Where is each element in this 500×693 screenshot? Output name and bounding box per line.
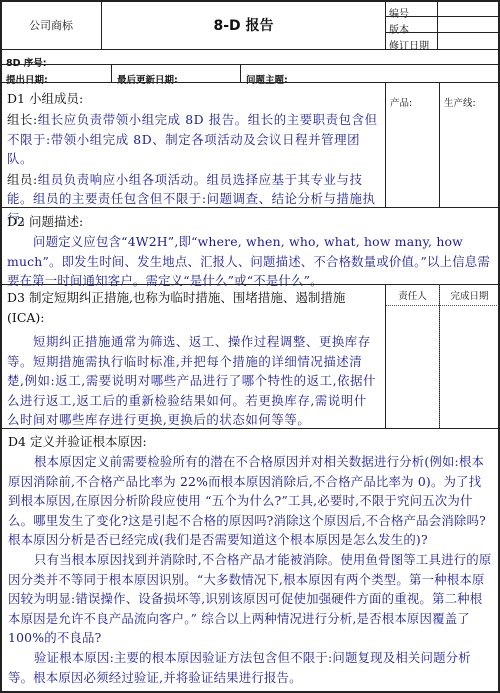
d1-product-cell[interactable]: 产品: (385, 82, 440, 208)
d2-text: 问题定义应包含“4W2H”,即“where, when, who, what, … (7, 232, 493, 291)
d1-heading: D1 小组成员: (7, 89, 379, 109)
d3-owner-column[interactable]: 责任人 (385, 284, 440, 429)
d1-product-label: 产品: (390, 98, 412, 109)
report-title: 8-D 报告 (213, 15, 273, 35)
d1-leader-prefix: 组长: (7, 112, 38, 127)
d1-line-cell[interactable]: 生产线: (439, 82, 500, 208)
subject-cell[interactable]: 问题主题: (240, 64, 500, 83)
d3-text: 短期纠正措施通常为筛选、返工、操作过程调整、更换库存等。短期措施需执行临时标准,… (7, 332, 379, 430)
meta-label-revision-date: 修订日期 (385, 32, 438, 50)
d3-due-date-label: 完成日期 (450, 288, 488, 302)
d3-section: D3 制定短期纠正措施,也称为临时措施、围堵措施、遏制措施(ICA): 短期纠正… (0, 284, 386, 429)
meta-value-version[interactable] (437, 16, 500, 33)
d1-leader-text: 组长应负责带领小组完成 8D 报告。组长的主要职责包含但不限于:带领小组完成 8… (7, 112, 378, 166)
d1-member-prefix: 组员: (7, 172, 38, 187)
d1-leader-paragraph: 组长:组长应负责带领小组完成 8D 报告。组长的主要职责包含但不限于:带领小组完… (7, 110, 379, 169)
company-logo-cell: 公司商标 (0, 0, 102, 50)
meta-value-revision-date[interactable] (437, 32, 500, 50)
d4-paragraph-3: 验证根本原因:主要的根本原因验证方法包含但不限于:问题复现及相关问题分析等。根本… (8, 648, 492, 687)
d2-section: D2 问题描述: 问题定义应包含“4W2H”,即“where, when, wh… (0, 207, 500, 285)
d3-heading: D3 制定短期纠正措施,也称为临时措施、围堵措施、遏制措施(ICA): (7, 288, 379, 328)
d3-owner-header: 责任人 (386, 285, 439, 306)
last-update-date-cell[interactable]: 最后更新日期: (111, 64, 241, 83)
d4-heading: D4 定义并验证根本原因: (8, 432, 492, 452)
meta-label-number: 编号 (385, 0, 438, 17)
d2-heading: D2 问题描述: (7, 212, 493, 232)
d1-line-label: 生产线: (444, 98, 476, 109)
company-logo-label: 公司商标 (29, 17, 73, 33)
d3-owner-label: 责任人 (398, 288, 427, 302)
d3-due-date-column[interactable]: 完成日期 (439, 284, 500, 429)
meta-value-number[interactable] (437, 0, 500, 17)
d1-section: D1 小组成员: 组长:组长应负责带领小组完成 8D 报告。组长的主要职责包含但… (0, 82, 386, 208)
d4-paragraph-2: 只有当根本原因找到并消除时,不合格产品才能被消除。使用鱼骨图等工具进行的原因分类… (8, 550, 492, 648)
report-title-cell: 8-D 报告 (101, 0, 386, 50)
d3-due-date-header: 完成日期 (440, 285, 499, 306)
d4-section: D4 定义并验证根本原因: 根本原因定义前需要检验所有的潜在不合格原因并对相关数… (0, 428, 500, 693)
d4-paragraph-1: 根本原因定义前需要检验所有的潜在不合格原因并对相关数据进行分析(例如:根本原因消… (8, 452, 492, 550)
meta-label-version: 版本 (385, 16, 438, 33)
serial-number-row[interactable]: 8D 序号: (0, 49, 500, 65)
submit-date-cell[interactable]: 提出日期: (0, 64, 112, 83)
